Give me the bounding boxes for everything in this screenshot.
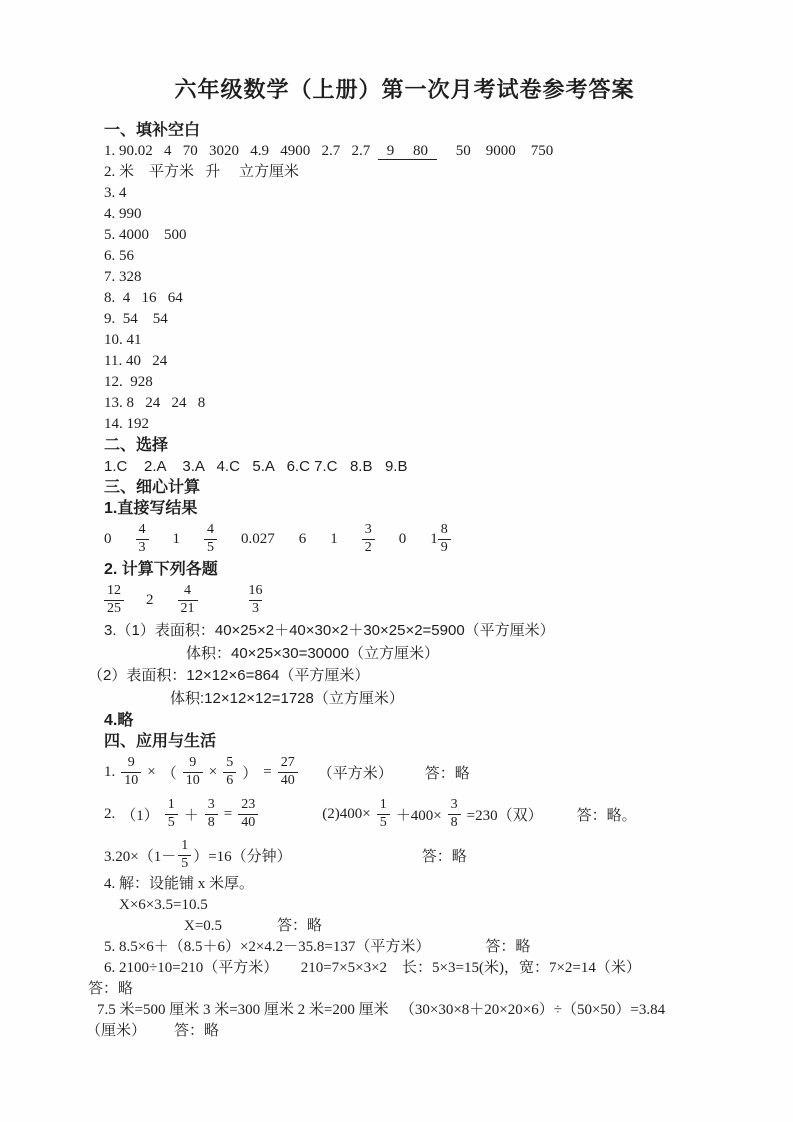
document-page: 六年级数学（上册）第一次月考试卷参考答案 一、填补空白 1. 90.02 4 7…: [0, 0, 793, 1122]
p4-solution: X=0.5: [184, 916, 222, 937]
fraction-16-3: 163: [246, 583, 266, 616]
page-title: 六年级数学（上册）第一次月考试卷参考答案: [88, 74, 721, 106]
section-3-sub-2: 2. 计算下列各题: [104, 559, 737, 580]
mixed-number-1-8-9: 189: [430, 522, 451, 555]
fraction-3-8: 38: [205, 797, 218, 830]
p7-unit: （厘米）: [86, 1023, 146, 1039]
fill-answer-1-underlined: 9 80: [378, 143, 437, 160]
p3-expression-left: 3.20×（1－: [104, 845, 176, 866]
choice-answers: 1.C 2.A 3.A 4.C 5.A 6.C 7.C 8.B 9.B: [104, 456, 737, 477]
p2-part2-label: (2)400×: [322, 806, 370, 823]
fill-answer-13: 13. 8 24 24 8: [104, 393, 737, 414]
fill-answer-12: 12. 928: [104, 372, 737, 393]
p1-close-paren: ）: [242, 762, 257, 783]
fraction-1-5-c: 15: [178, 838, 191, 871]
p1-answer: 答：略: [425, 762, 470, 783]
fraction-9-10-b: 910: [183, 755, 203, 788]
p3-answer: 答：略: [422, 845, 467, 866]
fill-answer-1-after: 50 9000 750: [437, 143, 553, 159]
fraction-23-40: 2340: [238, 797, 258, 830]
fraction-27-40: 2740: [278, 755, 298, 788]
fill-answer-1: 1. 90.02 4 70 3020 4.9 4900 2.7 2.7 9 80…: [104, 141, 737, 162]
p4-equation: X×6×3.5=10.5: [119, 895, 737, 916]
p2-number: 2.: [104, 806, 115, 823]
p4-setup: 4. 解：设能铺 x 米厚。: [104, 874, 737, 895]
fraction-12-25: 1225: [104, 583, 124, 616]
fill-answer-11: 11. 40 24: [104, 351, 737, 372]
applied-problem-1: 1. 910 × （ 910 × 56 ） = 2740 （平方米） 答：略: [104, 752, 737, 792]
p7-expression: 7.5 米=500 厘米 3 米=300 厘米 2 米=200 厘米 （30×3…: [97, 1000, 737, 1021]
q3-volume-1: 体积：40×25×30=30000（立方厘米）: [186, 643, 737, 666]
calc-results-row: 1225 2 421 163: [104, 580, 737, 620]
section-4-heading: 四、应用与生活: [104, 731, 737, 752]
direct-value-5: 0.027: [241, 531, 275, 548]
p1-unit: （平方米）: [318, 762, 393, 783]
p2-plus-2: ＋400×: [396, 804, 442, 825]
p5-line: 5. 8.5×6＋（8.5＋6）×2×4.2－35.8=137（平方米）答：略: [104, 937, 737, 958]
fill-answer-1-before: 1. 90.02 4 70 3020 4.9 4900 2.7 2.7: [104, 143, 378, 159]
fill-answer-4: 4. 990: [104, 204, 737, 225]
fill-answer-5: 5. 4000 500: [104, 225, 737, 246]
fraction-1-5-b: 15: [377, 797, 390, 830]
fill-answer-10: 10. 41: [104, 330, 737, 351]
section-3-sub-1: 1.直接写结果: [104, 498, 737, 519]
fill-answer-8: 8. 4 16 64: [104, 288, 737, 309]
direct-value-9: 0: [399, 531, 407, 548]
p3-expression-right: ）=16（分钟）: [193, 845, 291, 866]
p1-equals: =: [263, 764, 271, 781]
fill-answer-7: 7. 328: [104, 267, 737, 288]
fill-answer-2: 2. 米 平方米 升 立方厘米: [104, 162, 737, 183]
p1-number: 1.: [104, 764, 115, 781]
direct-results-row: 0 43 1 45 0.027 6 1 32 0 189: [104, 519, 737, 559]
p5-expression: 5. 8.5×6＋（8.5＋6）×2×4.2－35.8=137（平方米）: [104, 939, 430, 955]
fraction-4-21: 421: [178, 583, 198, 616]
fraction-3-2: 32: [362, 522, 375, 555]
applied-problem-2: 2. （1） 15 ＋ 38 = 2340 (2)400× 15 ＋400× 3…: [104, 792, 737, 836]
fraction-5-6: 56: [223, 755, 236, 788]
p4-answer: 答：略: [277, 916, 322, 937]
p7-unit-line: （厘米）答：略: [86, 1021, 737, 1042]
section-2-heading: 二、选择: [104, 435, 737, 456]
direct-value-6: 6: [299, 531, 307, 548]
p6-answer: 答：略: [88, 979, 737, 1000]
fill-answer-9: 9. 54 54: [104, 309, 737, 330]
q3-surface-area-1: 3.（1）表面积：40×25×2＋40×30×2＋30×25×2=5900（平方…: [104, 620, 737, 643]
section-3-heading: 三、细心计算: [104, 477, 737, 498]
p2-equals-2: =230（双）: [467, 804, 543, 825]
q4-answer: 4.略: [104, 710, 737, 731]
p1-times-1: ×: [147, 764, 155, 781]
p2-equals-1: =: [224, 806, 232, 823]
calc-value-2: 2: [146, 592, 154, 609]
direct-value-3: 1: [173, 531, 181, 548]
p2-answer: 答：略。: [577, 804, 637, 825]
direct-value-7: 1: [330, 531, 338, 548]
p2-plus-1: ＋: [184, 804, 199, 825]
fraction-4-3: 43: [136, 522, 149, 555]
q3-surface-area-2: （2）表面积：12×12×6=864（平方厘米）: [88, 665, 737, 688]
p6-expression: 6. 2100÷10=210（平方米） 210=7×5×3×2 长：5×3=15…: [104, 958, 737, 979]
p1-times-2: ×: [209, 764, 217, 781]
fill-answer-3: 3. 4: [104, 183, 737, 204]
fill-answer-6: 6. 56: [104, 246, 737, 267]
p4-solution-line: X=0.5答：略: [104, 916, 737, 937]
q3-volume-2: 体积:12×12×12=1728（立方厘米）: [170, 688, 737, 711]
fraction-8-9: 89: [438, 522, 451, 555]
direct-value-1: 0: [104, 531, 112, 548]
fraction-1-5: 15: [165, 797, 178, 830]
p1-open-paren: （: [162, 762, 177, 783]
section-1-heading: 一、填补空白: [104, 120, 737, 141]
p7-answer: 答：略: [174, 1021, 219, 1042]
fraction-3-8-b: 38: [448, 797, 461, 830]
fill-answer-14: 14. 192: [104, 414, 737, 435]
p5-answer: 答：略: [485, 937, 530, 958]
fraction-9-10: 910: [121, 755, 141, 788]
p2-part1-label: （1）: [121, 804, 159, 825]
fraction-4-5: 45: [204, 522, 217, 555]
applied-problem-3: 3.20×（1－ 15 ）=16（分钟） 答：略: [104, 836, 737, 874]
